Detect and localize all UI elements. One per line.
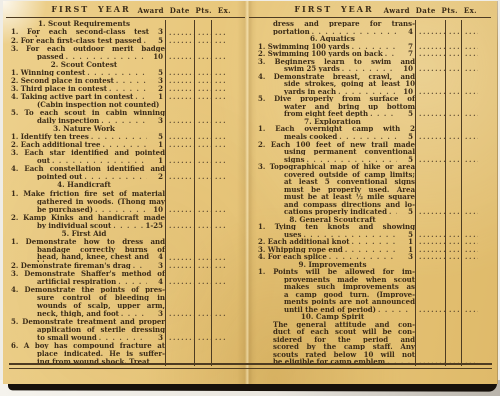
- award-date-cell: [165, 286, 194, 294]
- section-heading: 6. Aquatics: [258, 35, 415, 42]
- ex-cell: [461, 155, 478, 163]
- pts-cell: [194, 205, 211, 213]
- pts-cell: [194, 342, 211, 350]
- record-row: portation4: [258, 28, 478, 36]
- record-row: 3. Third place in contest2: [11, 84, 227, 92]
- award-date-cell: [415, 88, 445, 96]
- points-value: 10: [399, 88, 415, 95]
- award-date-cell: [165, 205, 194, 213]
- row-main: 2. Swimming 100 yards on back7: [258, 50, 415, 57]
- dot-leader: [95, 206, 147, 213]
- row-main: passed10: [11, 53, 165, 60]
- pts-cell: [194, 173, 211, 181]
- award-date-cell: [165, 310, 194, 318]
- row-main: wounds of scalp, upper arm,: [11, 302, 165, 309]
- pts-cell: [445, 43, 461, 51]
- record-row: 1. Winning contest5: [11, 68, 227, 76]
- award-date-cell: [415, 148, 445, 156]
- points-value: 5: [149, 69, 165, 76]
- line-text: The general attitude and con-: [258, 321, 415, 328]
- row-main: 2. Demonstrate fireman's drag3: [11, 262, 165, 269]
- row-main: cations properly indicated5: [258, 208, 415, 215]
- row-main: covered outside of camp limits;: [258, 171, 415, 178]
- pts-cell: [194, 261, 211, 269]
- award-date-cell: [415, 163, 445, 171]
- pts-cell: [445, 178, 461, 186]
- pts-cell: [445, 155, 461, 163]
- ex-cell: [211, 318, 227, 326]
- record-row: application of sterile dressing: [11, 326, 227, 334]
- pts-cell: [445, 208, 461, 216]
- pts-cell: [194, 310, 211, 318]
- award-date-cell: [165, 68, 194, 76]
- row-main: sure control of bleeding in: [11, 294, 165, 301]
- record-row: a camp good turn. (Improve-: [258, 291, 478, 299]
- ex-cell: [211, 76, 227, 84]
- line-text: 4. Each constellation identified and: [11, 165, 165, 172]
- row-main: 4. Demonstrate the points of pres-: [11, 286, 165, 293]
- pts-cell: [194, 237, 211, 245]
- row-main: (Cabin inspection not counted): [11, 101, 165, 108]
- line-text: meals cooked: [258, 133, 337, 140]
- award-date-cell: [415, 58, 445, 66]
- record-row: sidered for the period and: [258, 336, 478, 344]
- pts-cell: [445, 238, 461, 246]
- points-value: 3: [149, 334, 165, 341]
- record-row: signs5: [258, 155, 478, 163]
- line-text: 3. Topographical map of hike or area: [258, 163, 415, 170]
- dot-leader: [378, 306, 413, 313]
- points-value: 5: [149, 37, 165, 44]
- pts-cell: [445, 110, 461, 118]
- section-heading: 4. Handicraft: [11, 181, 165, 188]
- line-text: 4. Taking active part in contest: [11, 93, 133, 100]
- dot-leader: [91, 133, 147, 140]
- record-row: duct of each scout will be con-: [258, 328, 478, 336]
- award-date-cell: [415, 65, 445, 73]
- record-rows-left: 1. Scout Requirements1. For each second-…: [11, 20, 227, 366]
- ex-cell: [461, 50, 478, 58]
- record-row: 4. Each constellation identified and: [11, 165, 227, 173]
- ex-cell: [461, 343, 478, 351]
- pts-cell: [445, 163, 461, 171]
- pts-cell: [445, 336, 461, 344]
- ex-cell: [211, 92, 227, 100]
- line-text: 4. Demonstrate the points of pres-: [11, 286, 165, 293]
- section-row: 7. Exploration: [258, 118, 478, 126]
- pts-cell: [445, 28, 461, 36]
- record-row: 3. Beginners learn to swim and: [258, 58, 478, 66]
- points-value: 10: [149, 206, 165, 213]
- record-row: 1. Demonstrate how to dress and: [11, 237, 227, 245]
- dot-leader: [113, 222, 143, 229]
- award-date-cell: [415, 343, 445, 351]
- pts-cell: [445, 351, 461, 359]
- record-row: 6. A boy has compound fracture at: [11, 342, 227, 350]
- row-main: neck, thigh, and foot3: [11, 310, 165, 317]
- award-date-cell: [415, 28, 445, 36]
- pts-cell: [194, 294, 211, 302]
- line-text: bandage correctly burns of: [11, 246, 165, 253]
- line-text: must be at least ½ mile square: [258, 193, 415, 200]
- line-text: 3. Whipping rope end: [258, 246, 343, 253]
- pts-cell: [194, 125, 211, 133]
- row-main: 1. Points will be allowed for im-: [258, 268, 415, 275]
- record-row: 4. Taking active part in contest1: [11, 92, 227, 100]
- row-main: at least 5 conventional signs: [258, 178, 415, 185]
- dot-leader: [339, 133, 397, 140]
- row-main: must be at least ½ mile square: [258, 193, 415, 200]
- line-text: 4. For each splice: [258, 253, 327, 260]
- ex-cell: [461, 133, 478, 141]
- pts-cell: [445, 103, 461, 111]
- pts-cell: [445, 321, 461, 329]
- record-row: 1. Identify ten trees5: [11, 133, 227, 141]
- line-text: scouts rated below 10 will not: [258, 351, 415, 358]
- row-main: signs5: [258, 156, 415, 163]
- pts-cell: [194, 141, 211, 149]
- pts-cell: [445, 50, 461, 58]
- award-date-cell: [415, 178, 445, 186]
- row-main: 2. Each additional tree1: [11, 141, 165, 148]
- ex-cell: [461, 283, 478, 291]
- ex-cell: [211, 286, 227, 294]
- ex-cell: [211, 269, 227, 277]
- pts-cell: [194, 76, 211, 84]
- award-date-cell: [165, 109, 194, 117]
- record-row: out1: [11, 157, 227, 165]
- ex-cell: [461, 238, 478, 246]
- pts-cell: [445, 140, 461, 148]
- pts-cell: [445, 328, 461, 336]
- pts-cell: [194, 133, 211, 141]
- award-date-cell: [415, 185, 445, 193]
- row-main: 4. Handicraft: [11, 181, 165, 188]
- line-text: (Cabin inspection not counted): [11, 101, 159, 108]
- line-text: provements made when scout: [258, 276, 415, 283]
- ex-cell: [211, 84, 227, 92]
- ex-cell: [211, 68, 227, 76]
- record-row: head, hand, knee, chest and hip4: [11, 253, 227, 261]
- award-date-cell: [415, 133, 445, 141]
- points-value: 10: [399, 65, 415, 72]
- points-value: 4: [399, 28, 415, 35]
- line-text: and compass directions and lo-: [258, 201, 415, 208]
- pts-cell: [445, 230, 461, 238]
- dot-leader: [66, 53, 147, 60]
- award-date-cell: [415, 208, 445, 216]
- record-row: scouts rated below 10 will not: [258, 351, 478, 359]
- line-text: 1. Points will be allowed for im-: [258, 268, 415, 275]
- record-row: until the end of period): [258, 306, 478, 314]
- row-main: yards in each10: [258, 88, 415, 95]
- ex-cell: [211, 213, 227, 221]
- ex-cell: [211, 197, 227, 205]
- record-row: and compass directions and lo-: [258, 200, 478, 208]
- row-main: scouts rated below 10 will not: [258, 351, 415, 358]
- award-date-cell: [165, 189, 194, 197]
- record-row: 3. Demonstrate Shaffer's method of: [11, 269, 227, 277]
- row-main: 3. Demonstrate Shaffer's method of: [11, 270, 165, 277]
- pts-cell: [445, 276, 461, 284]
- pts-cell: [194, 117, 211, 125]
- ex-cell: [461, 80, 478, 88]
- points-value: 5: [149, 133, 165, 140]
- line-text: covered outside of camp limits;: [258, 171, 415, 178]
- record-row: yards in each10: [258, 88, 478, 96]
- pts-cell: [194, 350, 211, 358]
- section-row: 10. Camp Spirit: [258, 313, 478, 321]
- row-main: gathered in woods. (Thong may: [11, 198, 165, 205]
- pts-cell: [194, 221, 211, 229]
- row-main: ments points are not announced: [258, 298, 415, 305]
- award-date-cell: [415, 200, 445, 208]
- award-date-cell: [415, 238, 445, 246]
- record-row: uses5: [258, 230, 478, 238]
- row-main: 10. Camp Spirit: [258, 313, 415, 320]
- ex-cell: [461, 65, 478, 73]
- record-row: 2. Second place in contest3: [11, 76, 227, 84]
- pts-cell: [445, 245, 461, 253]
- record-row: must be properly used. Area: [258, 185, 478, 193]
- ex-cell: [211, 221, 227, 229]
- row-main: water and bring up bottom: [258, 103, 415, 110]
- pts-cell: [445, 35, 461, 43]
- line-text: daily inspection: [11, 117, 99, 124]
- ex-cell: [211, 36, 227, 44]
- row-main: 5. To each scout in cabin winning: [11, 109, 165, 116]
- line-text: 1. Identify ten trees: [11, 133, 89, 140]
- ex-cell: [211, 100, 227, 108]
- pts-cell: [194, 302, 211, 310]
- award-date-cell: [165, 253, 194, 261]
- points-value: 4: [149, 278, 165, 285]
- dot-leader: [342, 65, 397, 72]
- ex-cell: [461, 351, 478, 359]
- ex-cell: [211, 133, 227, 141]
- pts-cell: [194, 197, 211, 205]
- points-value: 2: [149, 85, 165, 92]
- line-text: 4. Demonstrate breast, crawl, and: [258, 73, 415, 80]
- ex-cell: [461, 148, 478, 156]
- record-row: 1. Tying ten knots and showing: [258, 223, 478, 231]
- line-text: 6. A boy has compound fracture at: [11, 342, 165, 349]
- pts-cell: [445, 20, 461, 28]
- award-date-cell: [415, 306, 445, 314]
- pts-cell: [194, 36, 211, 44]
- record-row: (Cabin inspection not counted): [11, 100, 227, 108]
- award-date-cell: [165, 125, 194, 133]
- ex-cell: [211, 149, 227, 157]
- row-main: place indicated. He is suffer-: [11, 350, 165, 357]
- line-text: application of sterile dressing: [11, 326, 165, 333]
- record-row: 1. Points will be allowed for im-: [258, 268, 478, 276]
- line-text: artificial respiration: [11, 278, 116, 285]
- pts-cell: [194, 229, 211, 237]
- points-value: 1: [399, 238, 415, 245]
- award-date-cell: [165, 221, 194, 229]
- line-text: makes such improvements as: [258, 283, 415, 290]
- points-value: 1: [149, 93, 165, 100]
- line-text: duct of each scout will be con-: [258, 328, 415, 335]
- pts-cell: [445, 88, 461, 96]
- award-date-cell: [165, 149, 194, 157]
- points-value: 2: [149, 173, 165, 180]
- ex-cell: [211, 44, 227, 52]
- dot-leader: [329, 253, 397, 260]
- award-date-cell: [415, 321, 445, 329]
- ex-cell: [211, 141, 227, 149]
- pts-cell: [445, 193, 461, 201]
- record-row: by individual scout1-25: [11, 221, 227, 229]
- award-date-cell: [165, 100, 194, 108]
- points-value: 3: [149, 310, 165, 317]
- award-date-cell: [165, 334, 194, 342]
- ex-cell: [461, 88, 478, 96]
- row-main: duct of each scout will be con-: [258, 328, 415, 335]
- line-text: using permanent conventional: [258, 148, 415, 155]
- row-main: 8. General Scoutcraft: [258, 216, 415, 223]
- line-text: until the end of period): [258, 306, 376, 313]
- line-text: yards in each: [258, 88, 336, 95]
- row-main: 3. For each outdoor merit badge: [11, 45, 165, 52]
- award-date-cell: [165, 229, 194, 237]
- pts-cell: [194, 157, 211, 165]
- row-main: dress and prepare for trans-: [258, 20, 415, 27]
- pts-cell: [194, 334, 211, 342]
- dot-leader: [370, 110, 397, 117]
- dot-leader: [352, 43, 397, 50]
- row-main: a camp good turn. (Improve-: [258, 291, 415, 298]
- points-value: 3: [149, 262, 165, 269]
- row-main: must be properly used. Area: [258, 186, 415, 193]
- pts-cell: [194, 278, 211, 286]
- page-left-header: FIRST YEAR Award Date Pts. Ex.: [6, 3, 245, 18]
- row-main: 9. Improvements: [258, 261, 415, 268]
- record-row: 3. For each outdoor merit badge: [11, 44, 227, 52]
- ex-cell: [211, 253, 227, 261]
- line-text: pointed out: [11, 173, 82, 180]
- line-text: 5. To each scout in cabin winning: [11, 109, 165, 116]
- dot-leader: [303, 231, 397, 238]
- row-main: scored by the camp staff. Any: [258, 343, 415, 350]
- dot-leader: [103, 141, 148, 148]
- line-text: place indicated. He is suffer-: [11, 350, 165, 357]
- section-heading: 3. Nature Work: [11, 125, 165, 132]
- line-text: must be properly used. Area: [258, 186, 415, 193]
- line-text: 1. Winning contest: [11, 69, 85, 76]
- row-main: application of sterile dressing: [11, 326, 165, 333]
- award-date-cell: [415, 43, 445, 51]
- award-date-cell: [415, 261, 445, 269]
- line-text: signs: [258, 156, 305, 163]
- line-text: swim 25 yards: [258, 65, 340, 72]
- pts-cell: [194, 44, 211, 52]
- row-main: uses5: [258, 231, 415, 238]
- ex-cell: [211, 20, 227, 28]
- line-text: 5. Dive properly from surface of: [258, 95, 415, 102]
- ex-cell: [461, 253, 478, 261]
- award-date-cell: [415, 193, 445, 201]
- row-main: 2. Second place in contest3: [11, 77, 165, 84]
- line-text: 2. Second place in contest: [11, 77, 114, 84]
- ex-cell: [461, 35, 478, 43]
- dot-leader: [385, 50, 397, 57]
- row-main: 4. For each splice3: [258, 253, 415, 260]
- pts-cell: [445, 133, 461, 141]
- award-date-cell: [415, 155, 445, 163]
- record-row: place indicated. He is suffer-: [11, 350, 227, 358]
- section-heading: 10. Camp Spirit: [258, 313, 415, 320]
- ex-cell: [211, 28, 227, 36]
- row-main: 3. Nature Work: [11, 125, 165, 132]
- line-text: uses: [258, 231, 301, 238]
- line-text: cations properly indicated: [258, 208, 387, 215]
- line-text: a camp good turn. (Improve-: [258, 291, 415, 298]
- pts-cell: [445, 313, 461, 321]
- points-value: 1: [149, 141, 165, 148]
- ex-cell: [461, 223, 478, 231]
- record-row: at least 5 conventional signs: [258, 178, 478, 186]
- pts-cell: [194, 189, 211, 197]
- columns-header: Award Date Pts. Ex.: [384, 6, 477, 15]
- ex-cell: [211, 117, 227, 125]
- award-date-cell: [415, 125, 445, 133]
- line-text: 1. Each overnight camp with 2: [258, 125, 415, 132]
- line-text: 1. Tying ten knots and showing: [258, 223, 415, 230]
- row-main: 3. Whipping rope end1: [258, 246, 415, 253]
- record-row: makes such improvements as: [258, 283, 478, 291]
- section-heading: 9. Improvements: [258, 261, 415, 268]
- pts-cell: [194, 269, 211, 277]
- ex-cell: [211, 326, 227, 334]
- record-row: 2. Each additional knot1: [258, 238, 478, 246]
- award-date-cell: [415, 291, 445, 299]
- pts-cell: [445, 80, 461, 88]
- row-main: 7. Exploration: [258, 118, 415, 125]
- dot-leader: [99, 334, 147, 341]
- pts-cell: [194, 181, 211, 189]
- section-row: 6. Aquatics: [258, 35, 478, 43]
- award-date-cell: [165, 76, 194, 84]
- pts-cell: [445, 185, 461, 193]
- row-main: out1: [11, 157, 165, 164]
- dot-leader: [352, 238, 397, 245]
- ex-cell: [211, 350, 227, 358]
- award-date-cell: [415, 80, 445, 88]
- pts-cell: [445, 306, 461, 314]
- award-date-cell: [415, 298, 445, 306]
- row-main: 6. Aquatics: [258, 35, 415, 42]
- line-text: 2. Swimming 100 yards on back: [258, 50, 383, 57]
- award-date-cell: [415, 276, 445, 284]
- row-main: 6. A boy has compound fracture at: [11, 342, 165, 349]
- award-date-cell: [165, 84, 194, 92]
- record-row: 2. Demonstrate fireman's drag3: [11, 261, 227, 269]
- ex-cell: [461, 185, 478, 193]
- row-main: 1. Demonstrate how to dress and: [11, 238, 165, 245]
- pts-cell: [194, 253, 211, 261]
- bottom-double-rule: [9, 363, 492, 369]
- row-main: portation4: [258, 28, 415, 35]
- line-text: from eight feet depth: [258, 110, 368, 117]
- ex-cell: [211, 261, 227, 269]
- points-value: 3: [149, 77, 165, 84]
- ex-cell: [461, 200, 478, 208]
- ex-cell: [211, 278, 227, 286]
- line-text: 2. Demonstrate fireman's drag: [11, 262, 131, 269]
- dot-leader: [84, 173, 147, 180]
